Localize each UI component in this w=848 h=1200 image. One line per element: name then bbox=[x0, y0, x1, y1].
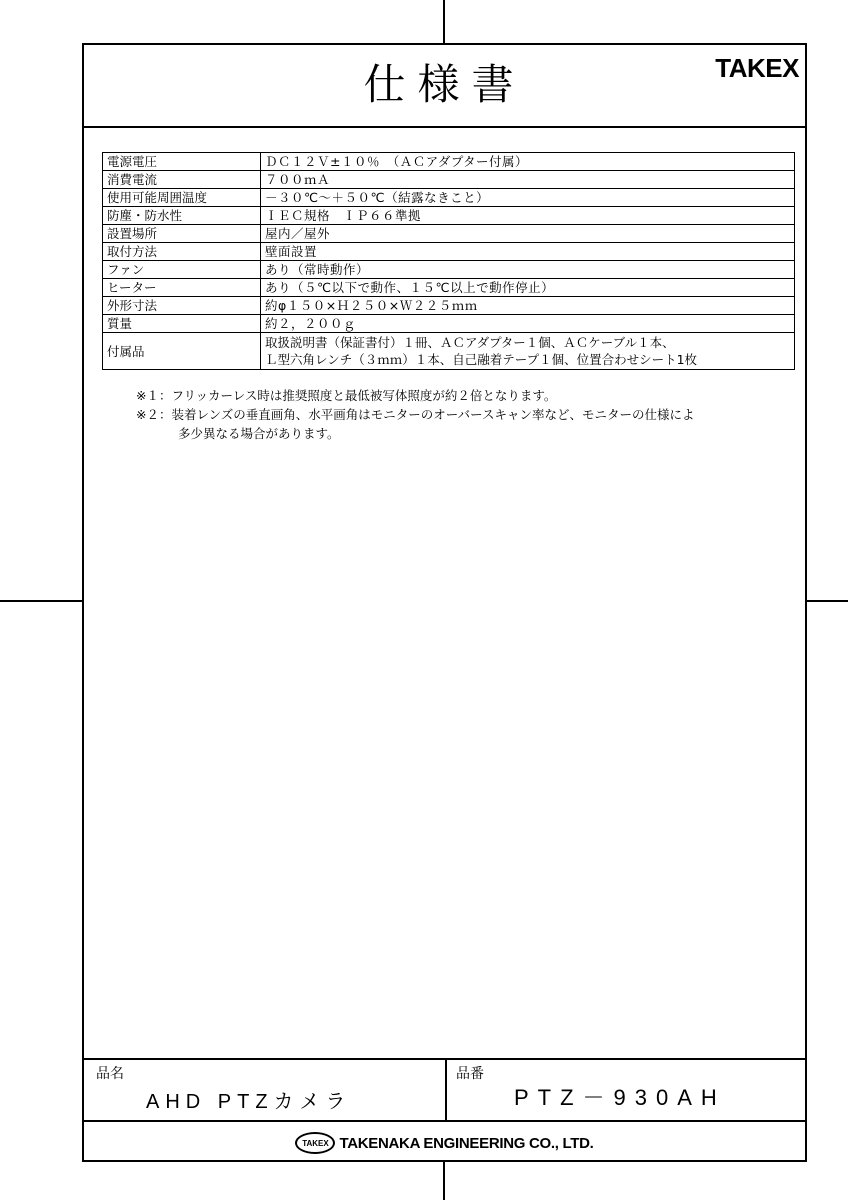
spec-label-temperature: 使用可能周囲温度 bbox=[103, 189, 261, 207]
spec-value-dimensions: 約φ１５０×Ｈ２５０×Ｗ２２５ｍｍ bbox=[261, 297, 795, 315]
spec-label-power-voltage: 電源電圧 bbox=[103, 153, 261, 171]
accessories-line-1: 取扱説明書（保証書付）１冊、ＡＣアダプター１個、ＡＣケーブル１本、 bbox=[265, 334, 790, 351]
spec-value-location: 屋内／屋外 bbox=[261, 225, 795, 243]
crop-mark-right bbox=[805, 600, 848, 602]
spec-value-current: ７００ｍＡ bbox=[261, 171, 795, 189]
spec-label-weight: 質量 bbox=[103, 315, 261, 333]
product-number-label: 品番 bbox=[456, 1063, 484, 1083]
table-row: 使用可能周囲温度 －３０℃～＋５０℃（結露なきこと） bbox=[103, 189, 795, 207]
header-divider bbox=[84, 126, 805, 128]
document-frame: 仕様書 TAKEX 電源電圧 ＤＣ１２Ｖ±１０％ （ＡＣアダプター付属） 消費電… bbox=[82, 43, 807, 1162]
crop-mark-top bbox=[443, 0, 445, 44]
footnote-2: ※２：装着レンズの垂直画角、水平画角はモニターのオーバースキャン率など、モニター… bbox=[136, 405, 695, 424]
spec-value-heater: あり（５℃以下で動作、１５℃以上で動作停止） bbox=[261, 279, 795, 297]
table-row: ファン あり（常時動作） bbox=[103, 261, 795, 279]
table-row: 付属品 取扱説明書（保証書付）１冊、ＡＣアダプター１個、ＡＣケーブル１本、 Ｌ型… bbox=[103, 333, 795, 370]
crop-mark-left bbox=[0, 600, 83, 602]
table-row: ヒーター あり（５℃以下で動作、１５℃以上で動作停止） bbox=[103, 279, 795, 297]
product-number-value: PTZ－930AH bbox=[514, 1081, 726, 1112]
table-row: 設置場所 屋内／屋外 bbox=[103, 225, 795, 243]
footnote-1: ※１：フリッカーレス時は推奨照度と最低被写体照度が約２倍となります。 bbox=[136, 386, 695, 405]
product-name-value: AHD PTZカメラ bbox=[146, 1085, 352, 1114]
spec-label-heater: ヒーター bbox=[103, 279, 261, 297]
product-name-label: 品名 bbox=[96, 1063, 124, 1083]
company-footer: TAKEX TAKENAKA ENGINEERING CO., LTD. bbox=[84, 1130, 805, 1156]
table-row: 取付方法 壁面設置 bbox=[103, 243, 795, 261]
spec-label-fan: ファン bbox=[103, 261, 261, 279]
table-row: 質量 約２，２００ｇ bbox=[103, 315, 795, 333]
product-column-divider bbox=[445, 1058, 447, 1121]
footnotes: ※１：フリッカーレス時は推奨照度と最低被写体照度が約２倍となります。 ※２：装着… bbox=[136, 386, 695, 443]
table-row: 電源電圧 ＤＣ１２Ｖ±１０％ （ＡＣアダプター付属） bbox=[103, 153, 795, 171]
spec-label-waterproof: 防塵・防水性 bbox=[103, 207, 261, 225]
footer-divider bbox=[84, 1120, 805, 1122]
spec-label-current: 消費電流 bbox=[103, 171, 261, 189]
spec-label-accessories: 付属品 bbox=[103, 333, 261, 370]
table-row: 防塵・防水性 ＩＥＣ規格 ＩＰ６６準拠 bbox=[103, 207, 795, 225]
table-row: 外形寸法 約φ１５０×Ｈ２５０×Ｗ２２５ｍｍ bbox=[103, 297, 795, 315]
spec-value-mounting: 壁面設置 bbox=[261, 243, 795, 261]
spec-label-mounting: 取付方法 bbox=[103, 243, 261, 261]
spec-label-dimensions: 外形寸法 bbox=[103, 297, 261, 315]
spec-label-location: 設置場所 bbox=[103, 225, 261, 243]
spec-value-weight: 約２，２００ｇ bbox=[261, 315, 795, 333]
spec-value-waterproof: ＩＥＣ規格 ＩＰ６６準拠 bbox=[261, 207, 795, 225]
spec-value-accessories: 取扱説明書（保証書付）１冊、ＡＣアダプター１個、ＡＣケーブル１本、 Ｌ型六角レン… bbox=[261, 333, 795, 370]
takex-logo-icon: TAKEX bbox=[295, 1132, 335, 1154]
table-row: 消費電流 ７００ｍＡ bbox=[103, 171, 795, 189]
brand-logo: TAKEX bbox=[715, 53, 799, 84]
company-name: TAKENAKA ENGINEERING CO., LTD. bbox=[339, 1135, 593, 1152]
spec-value-power-voltage: ＤＣ１２Ｖ±１０％ （ＡＣアダプター付属） bbox=[261, 153, 795, 171]
page-title: 仕様書 bbox=[84, 59, 805, 111]
crop-mark-bottom bbox=[443, 1160, 445, 1200]
spec-value-fan: あり（常時動作） bbox=[261, 261, 795, 279]
spec-table: 電源電圧 ＤＣ１２Ｖ±１０％ （ＡＣアダプター付属） 消費電流 ７００ｍＡ 使用… bbox=[102, 152, 795, 370]
footnote-2-continued: 多少異なる場合があります。 bbox=[136, 424, 695, 443]
accessories-line-2: Ｌ型六角レンチ（３ｍｍ）１本、自己融着テープ１個、位置合わせシート1枚 bbox=[265, 351, 790, 368]
spec-value-temperature: －３０℃～＋５０℃（結露なきこと） bbox=[261, 189, 795, 207]
